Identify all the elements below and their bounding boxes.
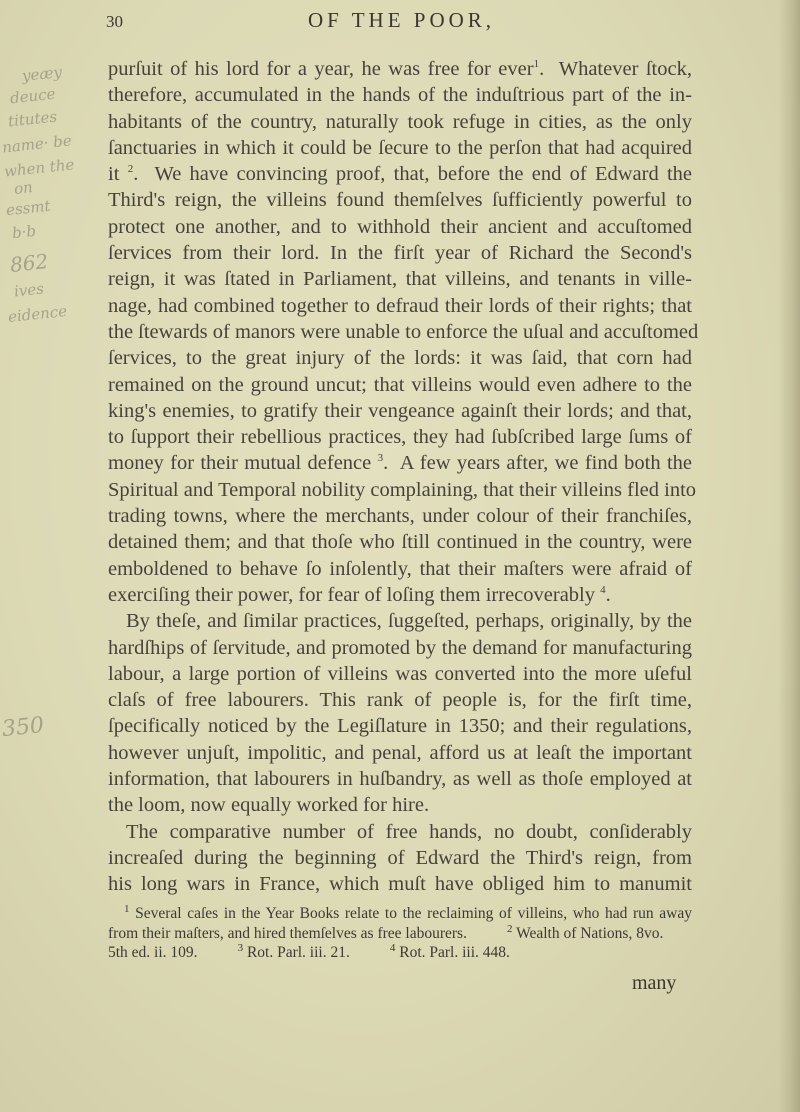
text-line: trading towns, where the merchants, unde… bbox=[108, 503, 692, 529]
text-line: king's enemies, to gratify their vengean… bbox=[108, 398, 692, 424]
catchword: many bbox=[632, 972, 676, 995]
pencil-margin-annotations: yeæy deuce titutes name· be when the on … bbox=[0, 55, 110, 815]
text-line: the ſtewards of manors were unable to en… bbox=[108, 319, 692, 345]
margin-note: 862 bbox=[9, 249, 49, 277]
margin-note: 350 bbox=[1, 713, 45, 742]
footnote-2-cont: 5th ed. ii. 109.3 Rot. Parl. iii. 21.4 R… bbox=[108, 943, 692, 963]
text-line: remained on the ground uncut; that ville… bbox=[108, 372, 692, 398]
footnote-1-cont: from their maſters, and hired themſelves… bbox=[108, 924, 692, 944]
footnote-4: 4 Rot. Parl. iii. 448. bbox=[390, 944, 510, 961]
text-line: therefore, accumulated in the hands of t… bbox=[108, 82, 692, 108]
margin-note: name· be bbox=[1, 131, 72, 156]
text-line: to ſupport their rebellious practices, t… bbox=[108, 424, 692, 450]
margin-note: b·b bbox=[11, 222, 37, 242]
margin-note: ives bbox=[13, 279, 45, 300]
text-line: it 2. We have convincing proof, that, be… bbox=[108, 161, 692, 187]
text-line: nage, had combined together to defraud t… bbox=[108, 293, 692, 319]
text-line: habitants of the country, naturally took… bbox=[108, 109, 692, 135]
page-header: 30 OF THE POOR, bbox=[0, 8, 800, 48]
text-line: labour, a large portion of villeins was … bbox=[108, 661, 692, 687]
text-line: detained them; and that thoſe who ſtill … bbox=[108, 529, 692, 555]
margin-note: eidence bbox=[7, 302, 68, 326]
page-number: 30 bbox=[106, 12, 123, 32]
text-line: claſs of free labourers. This rank of pe… bbox=[108, 687, 692, 713]
text-line: ſervices, to the great injury of the lor… bbox=[108, 345, 692, 371]
text-line: his long wars in France, which muſt have… bbox=[108, 871, 692, 897]
text-line: the loom, now equally worked for hire. bbox=[108, 792, 692, 818]
footnotes: 1 Several caſes in the Year Books relate… bbox=[108, 904, 692, 963]
text-line: protect one another, and to withhold the… bbox=[108, 214, 692, 240]
footnote-3: 3 Rot. Parl. iii. 21. bbox=[238, 944, 350, 961]
text-line: Spiritual and Temporal nobility complain… bbox=[108, 477, 692, 503]
body-text: purſuit of his lord for a year, he was f… bbox=[108, 56, 692, 898]
text-line: information, that labourers in huſbandry… bbox=[108, 766, 692, 792]
text-line: ſpecifically noticed by the Legiſlature … bbox=[108, 713, 692, 739]
footnote-ref: 2 bbox=[128, 163, 134, 175]
text-line: hardſhips of ſervitude, and promoted by … bbox=[108, 635, 692, 661]
text-line: money for their mutual defence 3. A few … bbox=[108, 450, 692, 476]
margin-note: deuce bbox=[9, 85, 56, 108]
text-line: purſuit of his lord for a year, he was f… bbox=[108, 56, 692, 82]
text-line: Third's reign, the villeins found themſe… bbox=[108, 187, 692, 213]
text-line: however unjuſt, impolitic, and penal, af… bbox=[108, 740, 692, 766]
text-line: increaſed during the beginning of Edward… bbox=[108, 845, 692, 871]
text-line: ſanctuaries in which it could be ſecure … bbox=[108, 135, 692, 161]
margin-note: essmt bbox=[5, 197, 51, 220]
running-head: OF THE POOR, bbox=[308, 8, 495, 33]
margin-note: on bbox=[13, 178, 33, 198]
footnote-1: 1 Several caſes in the Year Books relate… bbox=[108, 904, 692, 924]
margin-note: when the bbox=[3, 155, 75, 180]
text-line: emboldened to behave ſo inſolently, that… bbox=[108, 556, 692, 582]
text-line: By theſe, and ſimilar practices, ſuggeſt… bbox=[108, 608, 692, 634]
text-line: reign, it was ſtated in Parliament, that… bbox=[108, 266, 692, 292]
text-line: The comparative number of free hands, no… bbox=[108, 819, 692, 845]
footnote-2: 2 Wealth of Nations, 8vo. bbox=[507, 925, 663, 942]
text-line: exerciſing their power, for fear of loſi… bbox=[108, 582, 692, 608]
page-edge-shadow bbox=[778, 0, 800, 1112]
footnote-ref: 1 bbox=[534, 58, 540, 70]
margin-note: yeæy bbox=[21, 63, 63, 85]
text-line: ſervices from their lord. In the firſt y… bbox=[108, 240, 692, 266]
footnote-ref: 3 bbox=[378, 453, 384, 465]
margin-note: titutes bbox=[7, 107, 58, 130]
footnote-ref: 4 bbox=[600, 584, 606, 596]
